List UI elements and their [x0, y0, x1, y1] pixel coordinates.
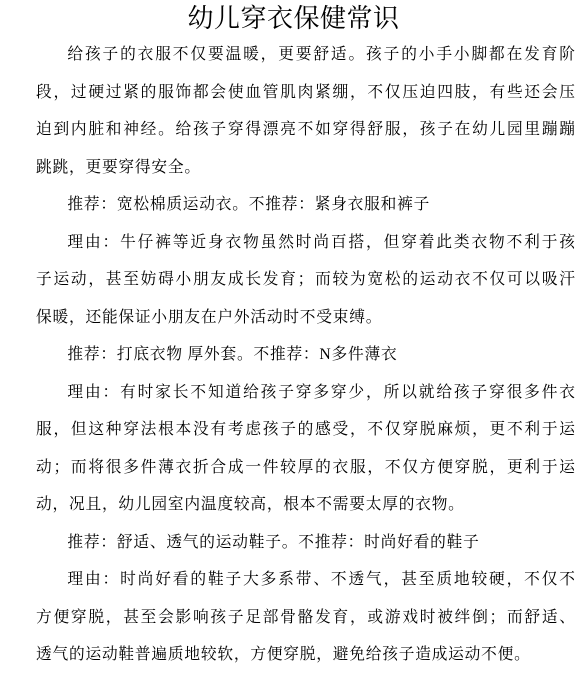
text-line: 理由：时尚好看的鞋子大多系带、不透气，甚至质地较硬，不仅不	[36, 561, 575, 599]
text-line: 动；而将很多件薄衣折合成一件较厚的衣服，不仅方便穿脱，更利于运	[36, 449, 575, 487]
text-line: 子运动，甚至妨碍小朋友成长发育；而较为宽松的运动衣不仅可以吸汗	[36, 261, 575, 299]
paragraph-reason-clothes: 理由：牛仔裤等近身衣物虽然时尚百搭，但穿着此类衣物不利于孩 子运动，甚至妨碍小朋…	[36, 224, 575, 337]
text-line: 推荐：宽松棉质运动衣。不推荐：紧身衣服和裤子	[36, 186, 575, 224]
text-line: 理由：有时家长不知道给孩子穿多穿少，所以就给孩子穿很多件衣	[36, 374, 575, 412]
paragraph-intro: 给孩子的衣服不仅要温暖，更要舒适。孩子的小手小脚都在发育阶 段，过硬过紧的服饰都…	[36, 36, 575, 186]
document-title: 幼儿穿衣保健常识	[0, 2, 587, 36]
text-line: 跳跳，更要穿得安全。	[36, 149, 575, 187]
paragraph-reason-layers: 理由：有时家长不知道给孩子穿多穿少，所以就给孩子穿很多件衣 服，但这种穿法根本没…	[36, 374, 575, 524]
text-line: 透气的运动鞋普遍质地较软，方便穿脱，避免给孩子造成运动不便。	[36, 636, 575, 674]
paragraph-reason-shoes: 理由：时尚好看的鞋子大多系带、不透气，甚至质地较硬，不仅不 方便穿脱，甚至会影响…	[36, 561, 575, 674]
text-line: 方便穿脱，甚至会影响孩子足部骨骼发育，或游戏时被绊倒；而舒适、	[36, 599, 575, 637]
text-line: 服，但这种穿法根本没有考虑孩子的感受，不仅穿脱麻烦，更不利于运	[36, 411, 575, 449]
paragraph-recommendation-layers: 推荐：打底衣物 厚外套。不推荐：N多件薄衣	[36, 336, 575, 374]
document-page: 幼儿穿衣保健常识 给孩子的衣服不仅要温暖，更要舒适。孩子的小手小脚都在发育阶 段…	[0, 0, 587, 675]
text-line: 迫到内脏和神经。给孩子穿得漂亮不如穿得舒服，孩子在幼儿园里蹦蹦	[36, 111, 575, 149]
paragraph-recommendation-shoes: 推荐：舒适、透气的运动鞋子。不推荐：时尚好看的鞋子	[36, 524, 575, 562]
text-line: 保暖，还能保证小朋友在户外活动时不受束缚。	[36, 299, 575, 337]
text-line: 段，过硬过紧的服饰都会使血管肌肉紧绷，不仅压迫四肢，有些还会压	[36, 74, 575, 112]
text-line: 给孩子的衣服不仅要温暖，更要舒适。孩子的小手小脚都在发育阶	[36, 36, 575, 74]
text-line: 推荐：打底衣物 厚外套。不推荐：N多件薄衣	[36, 336, 575, 374]
text-line: 推荐：舒适、透气的运动鞋子。不推荐：时尚好看的鞋子	[36, 524, 575, 562]
text-line: 理由：牛仔裤等近身衣物虽然时尚百搭，但穿着此类衣物不利于孩	[36, 224, 575, 262]
document-body: 给孩子的衣服不仅要温暖，更要舒适。孩子的小手小脚都在发育阶 段，过硬过紧的服饰都…	[0, 36, 587, 674]
paragraph-recommendation-clothes: 推荐：宽松棉质运动衣。不推荐：紧身衣服和裤子	[36, 186, 575, 224]
text-line: 动，况且，幼儿园室内温度较高，根本不需要太厚的衣物。	[36, 486, 575, 524]
